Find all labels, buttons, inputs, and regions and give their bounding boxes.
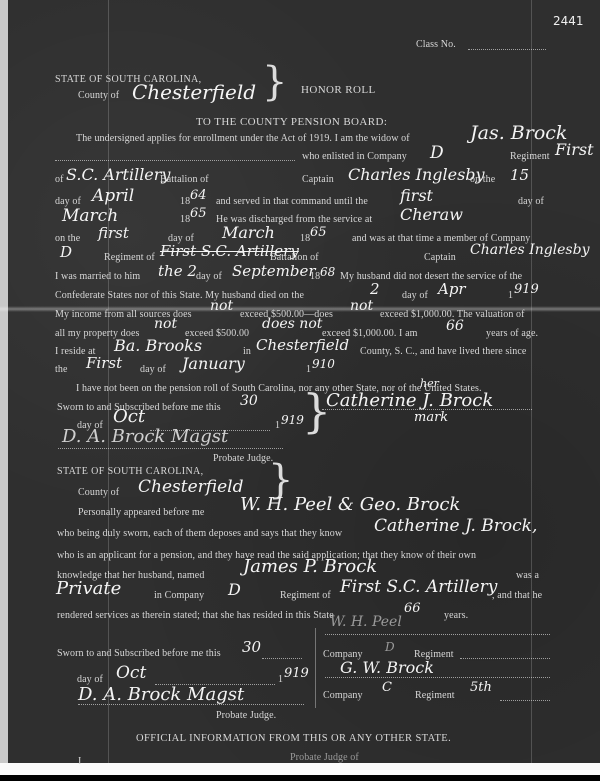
- witness-signature: G. W. Brock: [340, 658, 434, 677]
- enlist-day-value: 15: [510, 166, 529, 184]
- income-does-value: not: [350, 298, 373, 314]
- served-until-day-value: first: [400, 186, 433, 205]
- fold-crease-vertical-right: [531, 0, 532, 763]
- sworn-month-value: Oct: [113, 406, 145, 427]
- died-month-value: Apr: [438, 280, 466, 298]
- appeared-text: Personally appeared before me: [78, 507, 204, 518]
- regiment-label: Regiment: [415, 690, 455, 701]
- county-label: County of: [78, 487, 119, 498]
- rendered-text: rendered services as therein stated; tha…: [57, 610, 334, 621]
- sworn-year-value: 919: [281, 413, 304, 427]
- applicant-name-value: Catherine J. Brock,: [374, 516, 537, 536]
- dotted-line: [460, 658, 550, 659]
- scan-left-margin: [0, 0, 8, 763]
- member-captain-value: Charles Inglesby: [470, 242, 590, 258]
- discharge-year-value: 65: [310, 225, 327, 240]
- sworn-text: who being duly sworn, each of them depos…: [57, 528, 342, 539]
- age-suffix: years of age.: [486, 328, 538, 339]
- year-prefix: 18: [310, 271, 320, 282]
- year-prefix: 1: [508, 290, 513, 301]
- discharge-month-value: March: [222, 223, 275, 242]
- honor-roll-heading: HONOR ROLL: [301, 84, 376, 96]
- sworn-label: Sworn to and Subscribed before me this: [57, 648, 221, 659]
- judge-signature: D. A. Brock Magst: [78, 684, 244, 705]
- property-does-value: does not: [262, 316, 322, 332]
- reside-suffix: County, S. C., and have lived there sinc…: [360, 346, 526, 357]
- appeared-names-value: W. H. Peel & Geo. Brock: [240, 494, 460, 515]
- captain-label: Captain: [424, 252, 456, 263]
- husband-name-value: James P. Brock: [243, 556, 377, 577]
- since-month-value: January: [182, 354, 245, 373]
- county-value: Chesterfield: [132, 80, 256, 104]
- died-year-value: 919: [514, 282, 539, 297]
- day-of-label: day of: [518, 196, 544, 207]
- year-prefix: 1: [275, 420, 280, 431]
- discharged-at-value: Cheraw: [400, 205, 463, 224]
- dotted-line: [500, 700, 550, 701]
- day-of-label: day of: [196, 271, 222, 282]
- captain-label: Captain: [302, 174, 334, 185]
- state-label: STATE OF SOUTH CAROLINA,: [57, 466, 204, 477]
- regiment-cont-value: S.C. Artillery: [66, 165, 170, 184]
- scan-bottom-margin: [0, 763, 600, 775]
- year-prefix: 18: [300, 233, 310, 244]
- married-day-value: the 2: [158, 262, 197, 280]
- footer-cut-text: Probate Judge of: [290, 752, 359, 763]
- dotted-line: [55, 160, 295, 161]
- married-month-value: September: [232, 262, 316, 280]
- witness-divider: [315, 628, 316, 708]
- that-he-text: , and that he: [492, 590, 542, 601]
- sworn-year-value: 919: [284, 666, 309, 681]
- reside-county-value: Chesterfield: [256, 336, 349, 354]
- regiment-of-label: Regiment of: [280, 590, 331, 601]
- regiment-label: Regiment: [510, 151, 550, 162]
- served-until-month-value: March: [62, 206, 118, 226]
- rank-value: Private: [56, 578, 121, 599]
- since-year-value: 910: [312, 357, 335, 371]
- widow-of-value: Jas. Brock: [470, 122, 567, 144]
- footer-cut-text: I: [78, 756, 81, 767]
- witness-signature: W. H. Peel: [330, 614, 402, 630]
- day-of-label: day of: [402, 290, 428, 301]
- class-no-label: Class No.: [416, 39, 456, 50]
- day-of-label: day of: [140, 364, 166, 375]
- company-label: Company: [323, 690, 363, 701]
- year-prefix: 18: [180, 214, 190, 225]
- married-year-value: 68: [320, 265, 335, 279]
- company-value: D: [430, 143, 444, 163]
- year-prefix: 1: [278, 674, 283, 685]
- to-board-heading: TO THE COUNTY PENSION BOARD:: [196, 116, 387, 128]
- official-info-heading: OFFICIAL INFORMATION FROM THIS OR ANY OT…: [136, 733, 451, 744]
- desert-text: My husband did not desert the service of…: [340, 271, 522, 282]
- since-prefix: the: [55, 364, 68, 375]
- signature-line: [78, 704, 304, 705]
- applicant-signature: Catherine J. Brock: [326, 390, 493, 411]
- mark-above: her: [420, 377, 439, 390]
- signature-line: [325, 634, 550, 635]
- regiment-of-label: Regiment of: [104, 252, 155, 263]
- witness-company-value: D: [385, 640, 395, 654]
- married-text: I was married to him: [55, 271, 140, 282]
- class-no-field: [468, 49, 546, 50]
- income-does-value: not: [210, 298, 233, 314]
- property-does-value: not: [154, 316, 177, 332]
- enlist-month-value: April: [92, 186, 134, 206]
- stamp-number: 2441: [553, 14, 584, 28]
- line2-text: who enlisted in Company: [302, 151, 407, 162]
- member-company-value: D: [60, 243, 72, 261]
- died-day-value: 2: [370, 280, 380, 298]
- years-resided-value: 66: [404, 601, 421, 616]
- regiment-value: First: [555, 140, 594, 159]
- year-prefix: 18: [180, 196, 190, 207]
- mark-below: mark: [414, 410, 448, 425]
- sworn-day-value: 30: [242, 638, 261, 656]
- served-text: and served in that command until the: [216, 196, 368, 207]
- sworn-month-value: Oct: [116, 663, 146, 683]
- age-value: 66: [446, 318, 464, 334]
- sworn-day-value: 30: [240, 393, 258, 409]
- of-label: of: [55, 174, 64, 185]
- signature-line: [325, 677, 550, 678]
- brace: }: [262, 62, 287, 102]
- line1-text: The undersigned applies for enrollment u…: [76, 133, 410, 144]
- was-a-label: was a: [516, 570, 539, 581]
- county-value: Chesterfield: [138, 477, 243, 497]
- reside-at-value: Ba. Brooks: [114, 336, 202, 355]
- discharge-day-value: first: [98, 224, 129, 242]
- company-value: D: [228, 580, 241, 599]
- witness-company-value: C: [382, 680, 392, 695]
- years-label: years.: [444, 610, 468, 621]
- enlist-year-value: 64: [190, 188, 207, 203]
- judge-title: Probate Judge.: [213, 453, 273, 464]
- year-prefix: 1: [306, 364, 311, 375]
- regiment-value: First S.C. Artillery: [340, 577, 497, 597]
- in-company-label: in Company: [154, 590, 204, 601]
- scan-bottom-edge: [0, 775, 600, 781]
- confederate-text: Confederate States nor of this State. My…: [55, 290, 304, 301]
- judge-signature: D. A. Brock Magst: [62, 426, 228, 447]
- judge-title: Probate Judge.: [216, 710, 276, 721]
- on-the-label: on the: [470, 174, 495, 185]
- signature-line: [58, 448, 283, 449]
- since-day-value: First: [86, 354, 122, 372]
- dotted-line: [262, 658, 302, 659]
- battalion-label: Battalion of: [160, 174, 209, 185]
- county-label: County of: [78, 90, 119, 101]
- served-until-year-value: 65: [190, 206, 207, 221]
- witness-regiment-value: 5th: [470, 680, 492, 695]
- captain-value: Charles Inglesby: [348, 165, 485, 184]
